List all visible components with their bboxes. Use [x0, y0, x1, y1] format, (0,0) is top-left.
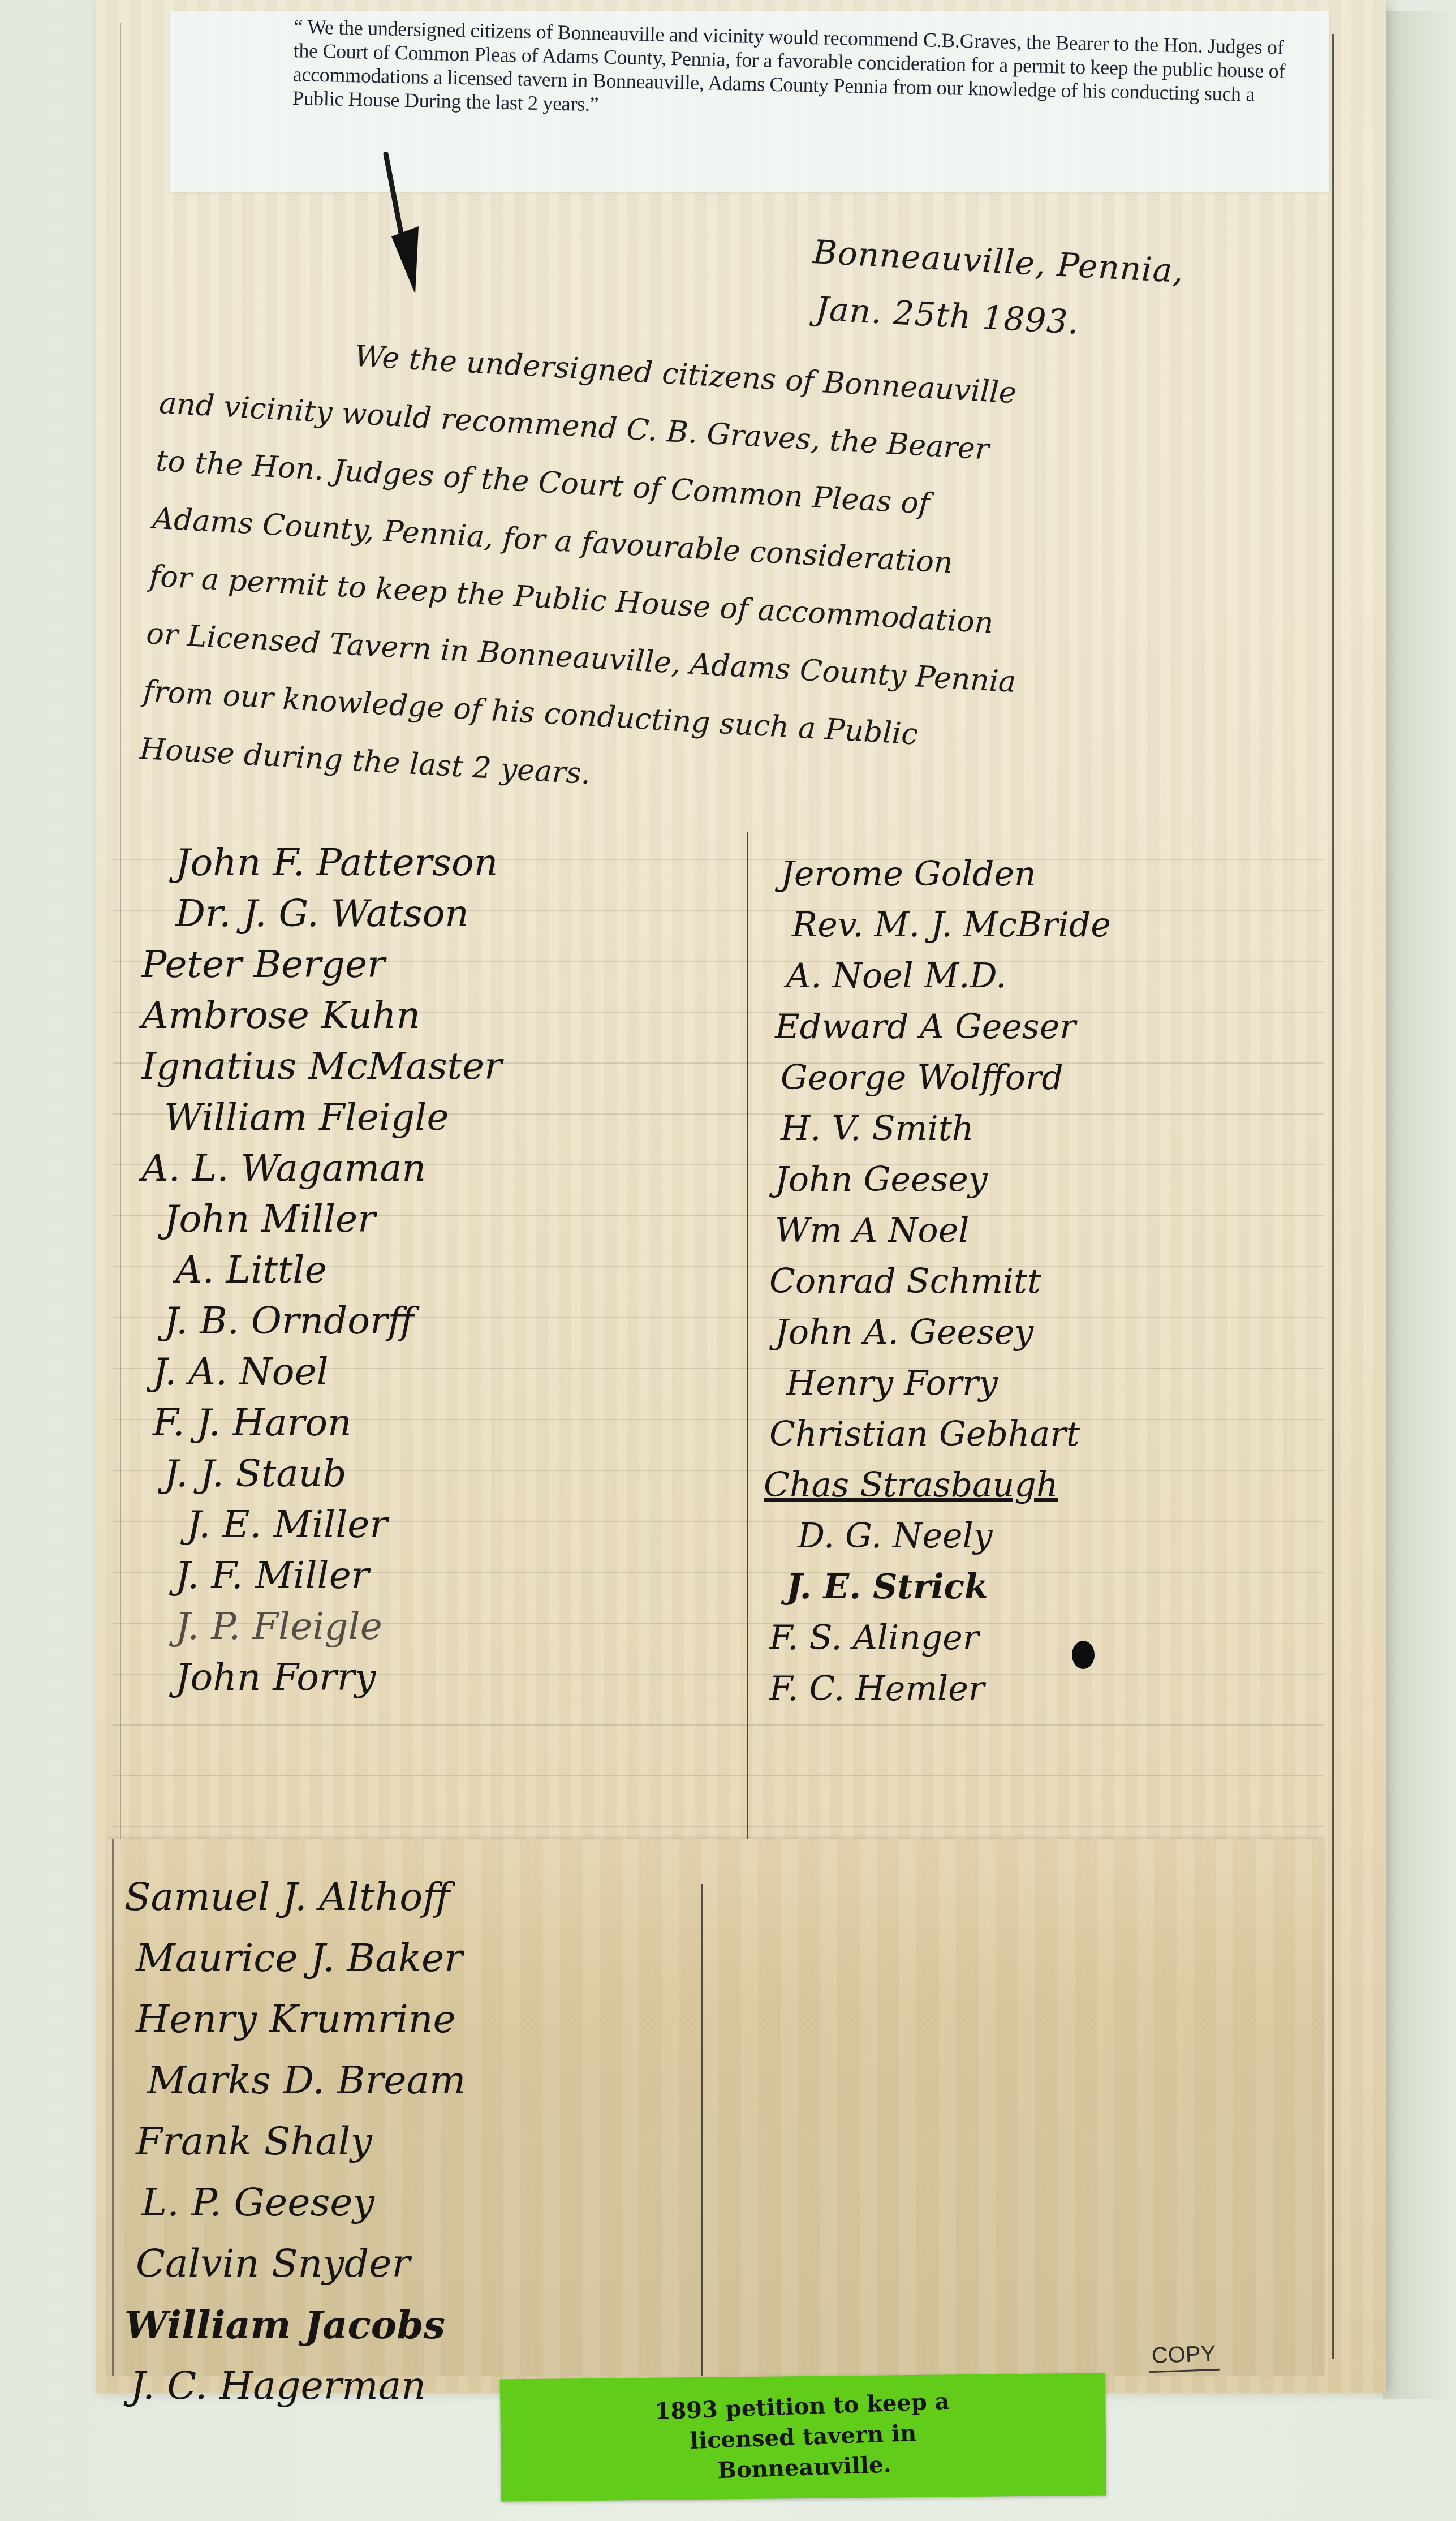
mount-edge	[1383, 11, 1456, 2399]
signature: F. J. Haron	[141, 1397, 502, 1448]
signature: A. L. Wagaman	[141, 1143, 502, 1194]
signature: Ignatius McMaster	[141, 1041, 502, 1092]
signature: Jerome Golden	[758, 849, 1111, 900]
copy-stamp: COPY	[1148, 2341, 1220, 2373]
arrow-down-icon	[379, 152, 424, 299]
signature: Christian Gebhart	[758, 1409, 1111, 1460]
signature: Rev. M. J. McBride	[758, 900, 1111, 950]
signature-column-divider	[747, 832, 748, 1839]
signature: Samuel J. Althoff	[124, 1867, 466, 1928]
signature: Peter Berger	[141, 939, 502, 990]
signature: J. E. Strick	[758, 1561, 1111, 1612]
signature: John F. Patterson	[141, 837, 502, 888]
signature: A. Noel M.D.	[758, 950, 1111, 1001]
signature: F. S. Alinger	[758, 1612, 1111, 1663]
signature: William Fleigle	[141, 1092, 502, 1143]
signature: J. P. Fleigle	[141, 1601, 502, 1652]
signature: Chas Strasbaugh	[758, 1460, 1111, 1511]
signature: Marks D. Bream	[124, 2050, 466, 2111]
signature: J. J. Staub	[141, 1448, 502, 1499]
caption-text: 1893 petition to keep a licensed tavern …	[604, 2385, 1002, 2490]
signature: Henry Krumrine	[124, 1989, 466, 2050]
ink-blot	[1072, 1641, 1095, 1669]
signature: Edward A Geeser	[758, 1001, 1111, 1052]
signature: Conrad Schmitt	[758, 1256, 1111, 1307]
signature: John Miller	[141, 1194, 502, 1245]
signature: A. Little	[141, 1245, 502, 1296]
signature: F. C. Hemler	[758, 1663, 1111, 1714]
signature: J. C. Hagerman	[124, 2356, 466, 2417]
signature: Calvin Snyder	[124, 2234, 466, 2295]
signature: Henry Forry	[758, 1358, 1111, 1409]
signature: J. E. Miller	[141, 1499, 502, 1550]
signature: John Geesey	[758, 1154, 1111, 1205]
signature: H. V. Smith	[758, 1103, 1111, 1154]
signature: Maurice J. Baker	[124, 1928, 466, 1989]
signature: Dr. J. G. Watson	[141, 888, 502, 939]
signature: John A. Geesey	[758, 1307, 1111, 1358]
slip-margin-rule	[112, 1839, 114, 2376]
signature: George Wolfford	[758, 1052, 1111, 1103]
signature: J. B. Orndorff	[141, 1296, 502, 1346]
transcription-text: “ We the undersigned citizens of Bonneau…	[292, 15, 1289, 131]
slip-column-divider	[701, 1884, 703, 2376]
signature-list-slip: Samuel J. Althoff Maurice J. Baker Henry…	[124, 1867, 466, 2417]
place-date-heading: Bonneauville, Pennia, Jan. 25th 1893.	[809, 223, 1186, 356]
signature: J. A. Noel	[141, 1346, 502, 1397]
museum-caption-label: 1893 petition to keep a licensed tavern …	[500, 2373, 1106, 2501]
signature: John Forry	[141, 1652, 502, 1703]
handwritten-petition-body: We the undersigned citizens of Bonneauvi…	[138, 317, 1338, 844]
signature: D. G. Neely	[758, 1511, 1111, 1561]
signature: J. F. Miller	[141, 1550, 502, 1601]
signature: Ambrose Kuhn	[141, 990, 502, 1041]
signature: Frank Shaly	[124, 2111, 466, 2172]
signature-list-right: Jerome Golden Rev. M. J. McBride A. Noel…	[758, 849, 1111, 1714]
signature: William Jacobs	[124, 2295, 466, 2356]
signature-list-left: John F. Patterson Dr. J. G. Watson Peter…	[141, 837, 502, 1703]
transcription-label: “ We the undersigned citizens of Bonneau…	[170, 11, 1329, 192]
signature: Wm A Noel	[758, 1205, 1111, 1256]
signature: L. P. Geesey	[124, 2172, 466, 2234]
